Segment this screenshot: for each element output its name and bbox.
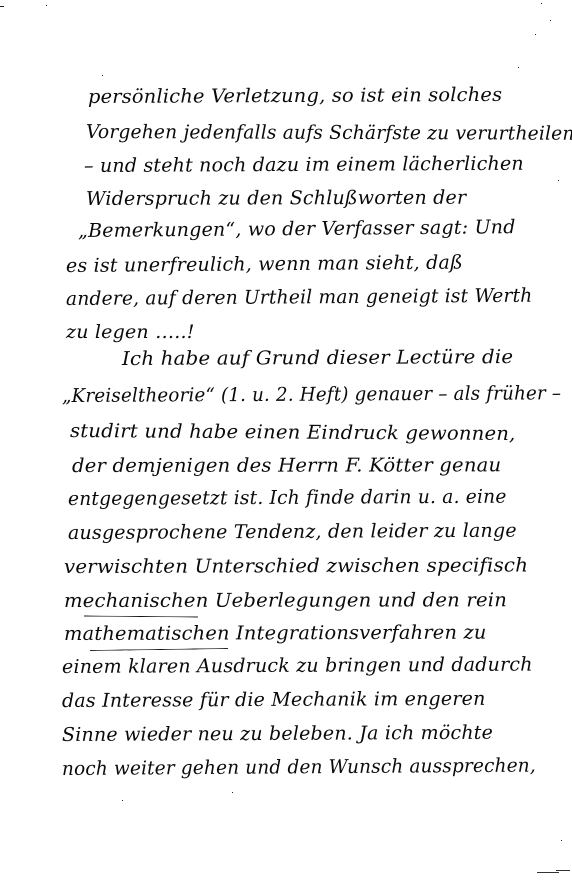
scan-artifact-mark: [537, 872, 559, 873]
letter-line-12: der demjenigen des Herrn F. Kötter genau: [72, 456, 501, 476]
letter-line-19: das Interesse für die Mechanik im engere…: [62, 690, 486, 711]
letter-line-1: persönliche Verletzung, so ist ein solch…: [88, 86, 502, 107]
letter-line-7: andere, auf deren Urtheil man geneigt is…: [66, 287, 533, 309]
scan-speck: [46, 5, 47, 6]
scan-artifact-mark: [556, 870, 570, 871]
letter-line-15: verwischten Unterschied zwischen specifi…: [64, 556, 528, 577]
scan-speck: [122, 800, 123, 801]
letter-line-20: Sinne wieder neu zu beleben. Ja ich möch…: [62, 724, 493, 745]
handwritten-letter-page: persönliche Verletzung, so ist ein solch…: [0, 0, 572, 891]
scan-speck: [0, 6, 4, 7]
letter-line-10: „Kreiseltheorie“ (1. u. 2. Heft) genauer…: [62, 384, 561, 406]
scan-speck: [541, 3, 542, 4]
letter-line-4: Widerspruch zu den Schlußworten der: [86, 189, 466, 209]
letter-line-9: Ich habe auf Grund dieser Lectüre die: [122, 348, 513, 369]
scan-speck: [232, 792, 233, 793]
letter-line-14: ausgesprochene Tendenz, den leider zu la…: [68, 522, 517, 543]
underline-mathematischen: [90, 648, 228, 651]
letter-line-17: mathematischen Integrationsverfahren zu: [64, 624, 487, 644]
scan-speck: [102, 75, 103, 76]
letter-line-18: einem klaren Ausdruck zu bringen und dad…: [62, 656, 533, 677]
letter-line-6: es ist unerfreulich, wenn man sieht, daß: [66, 254, 463, 276]
underline-mechanischen: [84, 616, 198, 618]
scan-speck: [518, 67, 519, 68]
letter-line-16: mechanischen Ueberlegungen und den rein: [64, 591, 507, 611]
letter-line-21: noch weiter gehen und den Wunsch ausspre…: [62, 757, 536, 779]
letter-line-11: studirt und habe einen Eindruck gewonnen…: [70, 422, 516, 444]
letter-line-8: zu legen …..!: [66, 323, 195, 342]
letter-line-3: – und steht noch dazu im einem lächerlic…: [84, 155, 524, 176]
scan-speck: [558, 180, 559, 181]
scan-speck: [535, 34, 536, 35]
scan-speck: [561, 840, 562, 841]
scan-speck: [550, 20, 551, 21]
letter-line-13: entgegengesetzt ist. Ich finde darin u. …: [68, 488, 507, 509]
letter-line-2: Vorgehen jedenfalls aufs Schärfste zu ve…: [86, 123, 572, 144]
letter-line-5: „Bemerkungen“, wo der Verfasser sagt: Un…: [78, 218, 516, 241]
